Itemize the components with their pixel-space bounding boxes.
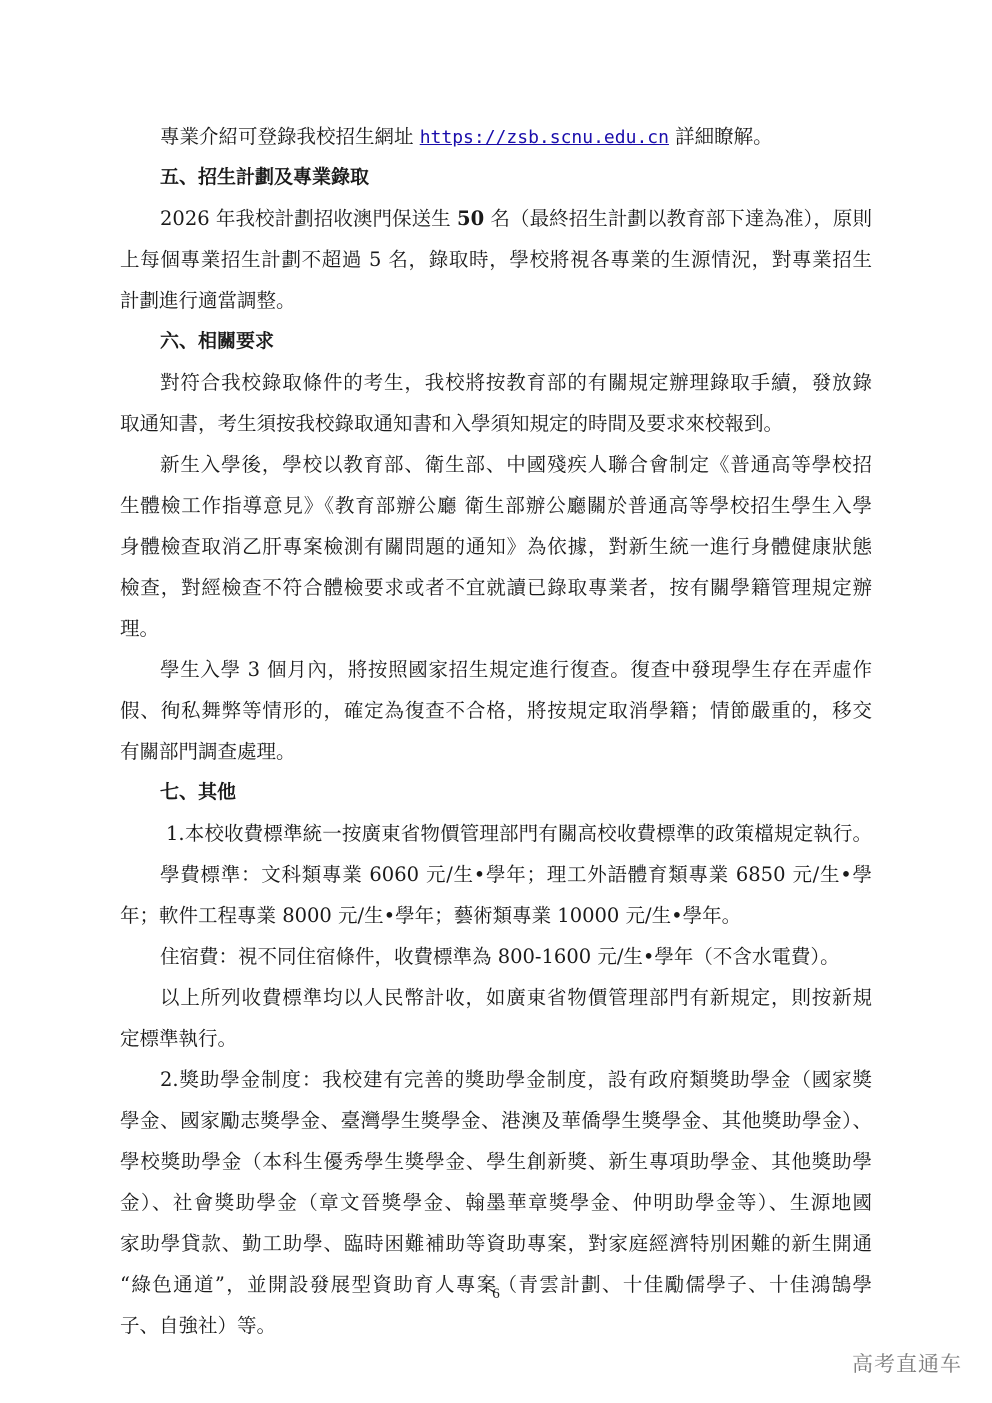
scholarship-line: 家助學貸款、勤工助學、臨時困難補助等資助專案，對家庭經濟特別困難的新生開通 (120, 1223, 872, 1264)
admissions-website-link[interactable]: https://zsb.scnu.edu.cn (420, 127, 669, 148)
paragraph-line: 新生入學後，學校以教育部、衛生部、中國殘疾人聯合會制定《普通高等學校招 (120, 444, 872, 485)
paragraph-line: 1.本校收費標準統一按廣東省物價管理部門有關高校收費標準的政策檔規定執行。 (120, 813, 872, 854)
paragraph-line: 有關部門調查處理。 (120, 731, 872, 772)
tuition-line: 學費標準：文科類專業 6060 元/生•學年；理工外語體育類專業 6850 元/… (120, 854, 872, 895)
paragraph-line: 計劃進行適當調整。 (120, 280, 872, 321)
paragraph-line: 取通知書，考生須按我校錄取通知書和入學須知規定的時間及要求來校報到。 (120, 403, 872, 444)
scholarship-line: 子、自強社）等。 (120, 1305, 872, 1346)
page-number: 6 (0, 1286, 992, 1303)
paragraph-line: 定標準執行。 (120, 1018, 872, 1059)
paragraph-line: 理。 (120, 608, 872, 649)
paragraph-line: 假、徇私舞弊等情形的，確定為復查不合格，將按規定取消學籍；情節嚴重的，移交 (120, 690, 872, 731)
scholarship-line: 學校獎助學金（本科生優秀學生獎學金、學生創新獎、新生專項助學金、其他獎助學 (120, 1141, 872, 1182)
paragraph-line: 2026 年我校計劃招收澳門保送生 50 名（最終招生計劃以教育部下達為准），原… (120, 198, 872, 239)
intro-text: 專業介紹可登錄我校招生網址 (160, 125, 420, 148)
intro-line: 專業介紹可登錄我校招生網址 https://zsb.scnu.edu.cn 詳細… (120, 116, 872, 157)
scholarship-line: 金）、社會獎助學金（章文晉獎學金、翰墨華章獎學金、仲明助學金等）、生源地國 (120, 1182, 872, 1223)
paragraph-line: 身體檢查取消乙肝專案檢測有關問題的通知》為依據，對新生統一進行身體健康狀態 (120, 526, 872, 567)
intro-text-end: 詳細瞭解。 (669, 125, 773, 148)
scholarship-line: 2.獎助學金制度：我校建有完善的獎助學金制度，設有政府類獎助學金（國家獎 (120, 1059, 872, 1100)
paragraph-line: 對符合我校錄取條件的考生，我校將按教育部的有關規定辦理錄取手續，發放錄 (120, 362, 872, 403)
paragraph-line: 學生入學 3 個月內，將按照國家招生規定進行復查。復查中發現學生存在弄虛作 (120, 649, 872, 690)
quota-number: 50 (457, 207, 484, 230)
watermark: 高考直通车 (852, 1348, 962, 1378)
document-body: 專業介紹可登錄我校招生網址 https://zsb.scnu.edu.cn 詳細… (120, 116, 872, 1346)
section-heading-requirements: 六、相關要求 (120, 321, 872, 362)
document-page: 專業介紹可登錄我校招生網址 https://zsb.scnu.edu.cn 詳細… (0, 0, 992, 1403)
paragraph-line: 以上所列收費標準均以人民幣計收，如廣東省物價管理部門有新規定，則按新規 (120, 977, 872, 1018)
accommodation-line: 住宿費：視不同住宿條件，收費標準為 800-1600 元/生•學年（不含水電費）… (120, 936, 872, 977)
paragraph-line: 生體檢工作指導意見》《教育部辦公廳 衛生部辦公廳關於普通高等學校招生學生入學 (120, 485, 872, 526)
paragraph-line: 檢查，對經檢查不符合體檢要求或者不宜就讀已錄取專業者，按有關學籍管理規定辦 (120, 567, 872, 608)
text-span: 名（最終招生計劃以教育部下達為准），原則 (484, 207, 872, 230)
text-span: 2026 年我校計劃招收澳門保送生 (160, 207, 457, 230)
tuition-line: 年；軟件工程專業 8000 元/生•學年；藝術類專業 10000 元/生•學年。 (120, 895, 872, 936)
paragraph-line: 上每個專業招生計劃不超過 5 名，錄取時，學校將視各專業的生源情況，對專業招生 (120, 239, 872, 280)
section-heading-admission-plan: 五、招生計劃及專業錄取 (120, 157, 872, 198)
section-heading-other: 七、其他 (120, 772, 872, 813)
scholarship-line: 學金、國家勵志獎學金、臺灣學生獎學金、港澳及華僑學生獎學金、其他獎助學金）、 (120, 1100, 872, 1141)
